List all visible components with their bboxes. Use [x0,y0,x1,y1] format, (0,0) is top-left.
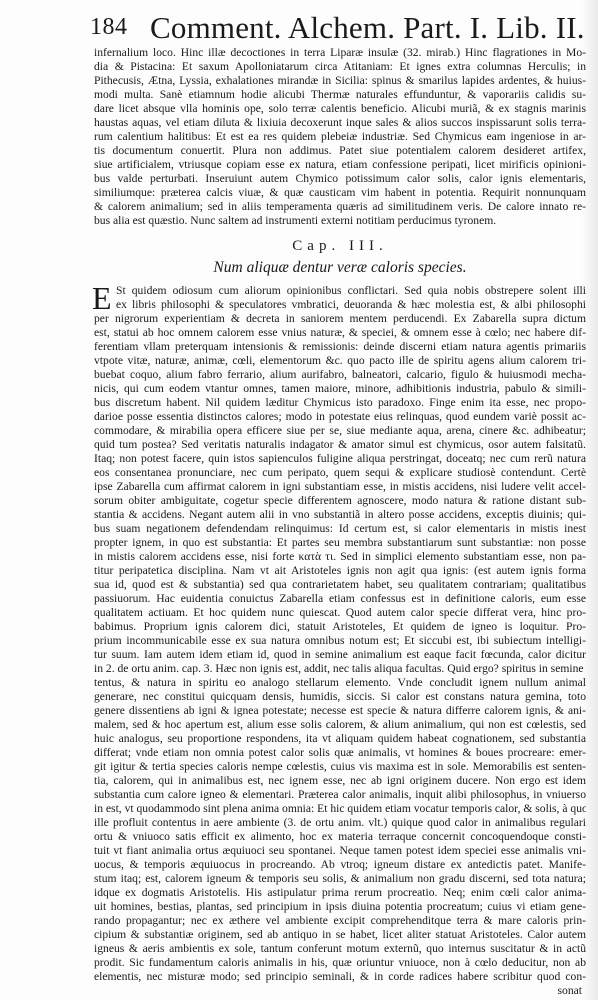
page-number: 184 [90,14,128,41]
running-title: Comment. Alchem. Part. I. Lib. II. [150,10,585,46]
text-line: idque ex dogmatis Aristotelis. His astip… [94,886,586,900]
text-line: malem, sed & hoc apertum est, alium esse… [94,718,586,732]
text-line: genere dissentiens ab igni & ignea potes… [94,704,586,718]
book-page: 184 Comment. Alchem. Part. I. Lib. II. i… [0,0,598,1000]
text-line: passiuorum. Hac euidentia conuictus Zaba… [94,592,586,606]
text-line: haustas aquas, vel etiam diluta & lixiui… [94,116,586,130]
text-line: infernalium loco. Hinc illæ decoctiones … [94,46,586,60]
text-line: cipium & substantiæ originem, sed ab ant… [94,928,586,942]
text-line: Itaq; non potest facere, quin istos sapi… [94,452,586,466]
text-line: vtpote vitæ, naturæ, animæ, cœli, elemen… [94,354,586,368]
text-line: quid tum postea? Sed veritatis naturalis… [94,438,586,452]
text-line: bus alia est quæstio. Nunc saltem ad ins… [94,214,586,228]
text-line: sua id, quod est & substantia) sed qua c… [94,578,586,592]
text-block-chapter: E St quidem odiosum cum aliorum opinioni… [94,284,586,998]
text-line: tuit vt fiant animalia ortus æquiuoci se… [94,844,586,858]
text-line: sorum obiter ambiguitate, cogetur specie… [94,494,586,508]
text-line: ipse Zabarella cum affirmat calorem in i… [94,480,586,494]
text-line: rum calentium halitibus: Et est ea res q… [94,130,586,144]
text-line: uit homines, bestias, plantas, sed princ… [94,900,586,914]
text-line: ille profluit contentus in aere ambiente… [94,816,586,830]
text-line: stantia & accidens. Negant autem alii in… [94,508,586,522]
chapter-title: Num aliquæ dentur veræ caloris species. [94,259,586,277]
text-line: est, statui ab hoc omnem calorem esse vn… [94,326,586,340]
text-line: similiumque: præterea calcis viuæ, & quæ… [94,186,586,200]
text-line: propter ignem, in quo est substantia: Et… [94,536,586,550]
text-line: St quidem odiosum cum aliorum opinionibu… [94,284,586,298]
text-line: elementis, nec misturæ modo; sed princip… [94,970,586,984]
text-line: in mistis calorem accidens esse, nisi fo… [94,550,586,564]
text-line: prium incommunicabile esse ex sua natura… [94,634,586,648]
text-line: buebat coquo, alium fabro ferrario, aliu… [94,368,586,382]
text-line: titur peripatetica disciplina. Nam vt ai… [94,564,586,578]
text-line: ortu & vniuoco satis efficit ex alimento… [94,830,586,844]
text-line: dia & Pistacina: Et saxum Apolloniatarum… [94,60,586,74]
chapter-heading: Cap. III. [94,238,586,255]
text-line: git igitur & tertia species caloris nemp… [94,760,586,774]
text-line: in 2. de ortu anim. cap. 3. Hæc non igni… [94,662,586,676]
text-line: darioe posse essentia distinctos calores… [94,410,586,424]
text-line: tia, calorem, qui in animalibus est, nec… [94,774,586,788]
text-line: prodit. Sic fundamentum caloris animalis… [94,956,586,970]
text-line: bus valde perturbati. Inseruiunt autem C… [94,172,586,186]
text-line: commodare, & mirabilia opera efficere si… [94,424,586,438]
text-line: ferentiam vllam preterquam intensionis &… [94,340,586,354]
text-line: tis documentum conuertit. Plura non addi… [94,144,586,158]
text-line: siue artificialem, vtriusque copiam esse… [94,158,586,172]
text-line: igneus & aeris ambientis ex sole, tantum… [94,942,586,956]
catchword: sonat [94,984,586,998]
text-line: generare, nec constitui quicquam densis,… [94,690,586,704]
text-line: differat; vnde etiam non omnia potest ca… [94,746,586,760]
text-line: tentus, & natura in spiritu eo analogo s… [94,676,586,690]
text-line: babimus. Proprium ignis calorem dici, st… [94,620,586,634]
text-line: rando propagantur; nec ex æthere vel amb… [94,914,586,928]
text-line: bus suam negationem defendendam relinqui… [94,522,586,536]
text-line: in est, vt quodammodo sint plena anima o… [94,802,586,816]
drop-cap: E [92,284,112,312]
text-line: stum itaq; est, calorem igneum & tempori… [94,872,586,886]
running-head: 184 Comment. Alchem. Part. I. Lib. II. [90,10,590,44]
text-line: bus discretum habent. Nil quidem læditur… [94,396,586,410]
text-line: nicis, qui cum eodem vtantur omnes, tame… [94,382,586,396]
text-line: & calorem animalium; sed in aliis temper… [94,200,586,214]
text-line: dare licet absque vlla hominis ope, solo… [94,102,586,116]
text-line: per nigrorum experientiam & decreta in s… [94,312,586,326]
text-line: qualitatem actiuam. Et hoc quidem nunc q… [94,606,586,620]
text-line: substantia cum calore igneo & elementari… [94,788,586,802]
text-line: huic analogus, seu proportione responden… [94,732,586,746]
text-block-top: infernalium loco. Hinc illæ decoctiones … [94,46,586,228]
text-line: eos consentanea pronunciare, nec cum per… [94,466,586,480]
text-line: Pithecusis, Ætna, Lyssia, exhalationes m… [94,74,586,88]
text-line: ex libris philosophi & speculatores vmbr… [94,298,586,312]
text-line: uocus, & temporis æquiuocus in procreand… [94,858,586,872]
text-line: modi multa. Sanè etiamnum hodie alicubi … [94,88,586,102]
text-line: tur suum. Iam autem idem etiam id, quod … [94,648,586,662]
